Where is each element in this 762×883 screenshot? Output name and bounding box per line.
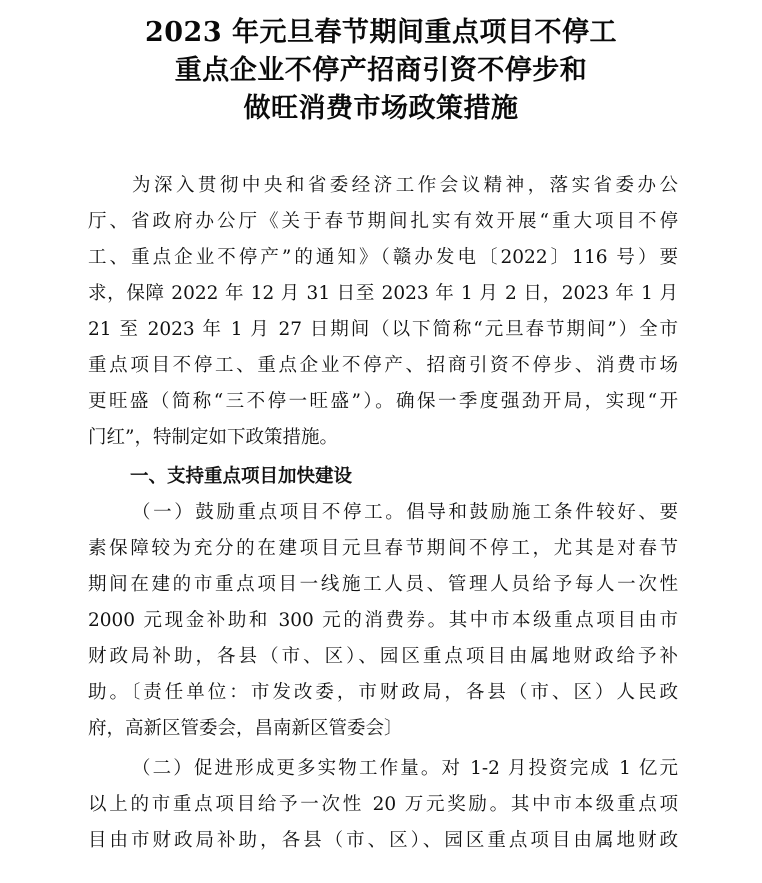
title-line-2: 重点企业不停产招商引资不停步和	[0, 52, 762, 90]
item1-line-1: （一）鼓励重点项目不停工。倡导和鼓励施工条件较好、要	[132, 495, 678, 531]
intro-line-5: 21 至 2023 年 1 月 27 日期间（以下简称“元旦春节期间”）全市	[88, 312, 678, 348]
title-line-3: 做旺消费市场政策措施	[0, 90, 762, 128]
intro-line-1: 为深入贯彻中央和省委经济工作会议精神，落实省委办公	[132, 168, 678, 204]
intro-line-7: 更旺盛（简称“三不停一旺盛”）。确保一季度强劲开局，实现“开	[88, 384, 678, 420]
item2-line-2: 以上的市重点项目给予一次性 20 万元奖励。其中市本级重点项	[88, 787, 678, 823]
title-line-1: 2023 年元旦春节期间重点项目不停工	[0, 14, 762, 52]
item1-line-5: 财政局补助，各县（市、区）、园区重点项目由属地财政给予补	[88, 639, 678, 675]
document-page: 2023 年元旦春节期间重点项目不停工 重点企业不停产招商引资不停步和 做旺消费…	[0, 0, 762, 883]
item1-line-7: 府，高新区管委会，昌南新区管委会〕	[88, 711, 678, 747]
intro-line-2: 厅、省政府办公厅《关于春节期间扎实有效开展“重大项目不停	[88, 204, 678, 240]
intro-line-8: 门红”，特制定如下政策措施。	[88, 420, 678, 456]
item1-line-6: 助。〔责任单位：市发改委，市财政局，各县（市、区）人民政	[88, 675, 678, 711]
item2-line-1: （二）促进形成更多实物工作量。对 1-2 月投资完成 1 亿元	[132, 751, 678, 787]
document-title: 2023 年元旦春节期间重点项目不停工 重点企业不停产招商引资不停步和 做旺消费…	[0, 14, 762, 128]
section-heading-1: 一、支持重点项目加快建设	[130, 459, 352, 495]
intro-line-4: 求，保障 2022 年 12 月 31 日至 2023 年 1 月 2 日，20…	[88, 276, 678, 312]
item1-line-2: 素保障较为充分的在建项目元旦春节期间不停工，尤其是对春节	[88, 531, 678, 567]
item1-line-4: 2000 元现金补助和 300 元的消费券。其中市本级重点项目由市	[88, 603, 678, 639]
item2-line-3: 目由市财政局补助，各县（市、区）、园区重点项目由属地财政	[88, 823, 678, 859]
intro-line-3: 工、重点企业不停产”的通知》（赣办发电〔2022〕116 号）要	[88, 240, 678, 276]
item1-line-3: 期间在建的市重点项目一线施工人员、管理人员给予每人一次性	[88, 567, 678, 603]
intro-line-6: 重点项目不停工、重点企业不停产、招商引资不停步、消费市场	[88, 348, 678, 384]
